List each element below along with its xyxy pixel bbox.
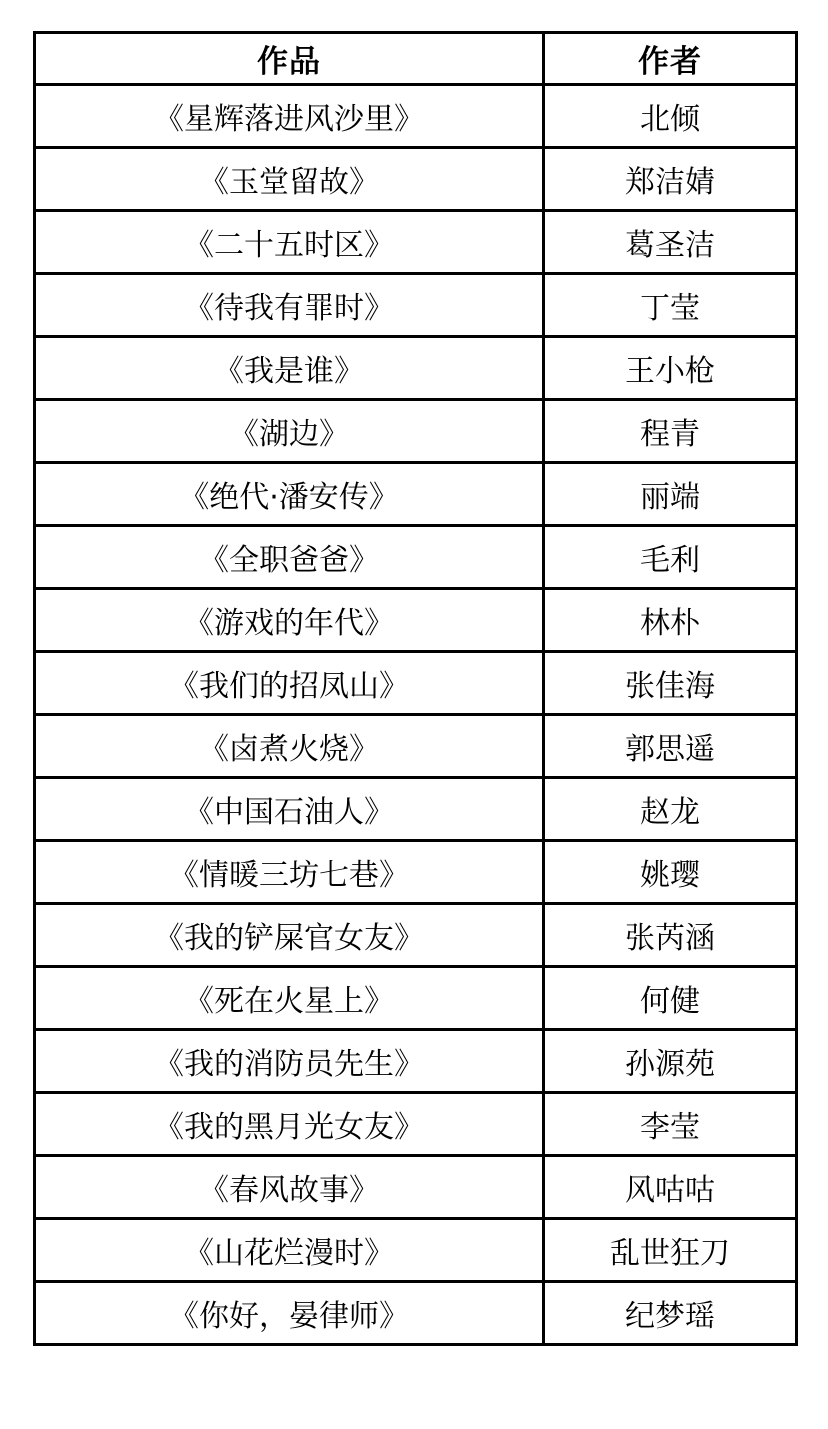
table-row: 《湖边》 程青 (35, 400, 797, 463)
author-cell: 北倾 (544, 85, 797, 148)
table-row: 《卤煮火烧》 郭思遥 (35, 715, 797, 778)
author-cell: 孙源苑 (544, 1030, 797, 1093)
header-row: 作品 作者 (35, 33, 797, 85)
table-row: 《全职爸爸》 毛利 (35, 526, 797, 589)
table-row: 《游戏的年代》 林朴 (35, 589, 797, 652)
work-cell: 《我的消防员先生》 (35, 1030, 544, 1093)
table-row: 《死在火星上》 何健 (35, 967, 797, 1030)
column-header-work: 作品 (35, 33, 544, 85)
table-row: 《二十五时区》 葛圣洁 (35, 211, 797, 274)
author-cell: 李莹 (544, 1093, 797, 1156)
author-cell: 张佳海 (544, 652, 797, 715)
table-row: 《我是谁》 王小枪 (35, 337, 797, 400)
work-cell: 《情暖三坊七巷》 (35, 841, 544, 904)
work-cell: 《我的黑月光女友》 (35, 1093, 544, 1156)
work-cell: 《春风故事》 (35, 1156, 544, 1219)
table-row: 《你好，晏律师》 纪梦瑶 (35, 1282, 797, 1345)
table-row: 《中国石油人》 赵龙 (35, 778, 797, 841)
work-cell: 《中国石油人》 (35, 778, 544, 841)
table-row: 《情暖三坊七巷》 姚璎 (35, 841, 797, 904)
author-cell: 程青 (544, 400, 797, 463)
table-row: 《玉堂留故》 郑洁婧 (35, 148, 797, 211)
column-header-author: 作者 (544, 33, 797, 85)
table-row: 《星辉落进风沙里》 北倾 (35, 85, 797, 148)
work-cell: 《卤煮火烧》 (35, 715, 544, 778)
work-cell: 《星辉落进风沙里》 (35, 85, 544, 148)
table-container: 作品 作者 《星辉落进风沙里》 北倾 《玉堂留故》 郑洁婧 《二十五时区》 葛圣… (33, 31, 798, 1346)
table-row: 《春风故事》 风咕咕 (35, 1156, 797, 1219)
author-cell: 风咕咕 (544, 1156, 797, 1219)
author-cell: 张芮涵 (544, 904, 797, 967)
author-cell: 林朴 (544, 589, 797, 652)
author-cell: 赵龙 (544, 778, 797, 841)
table-header: 作品 作者 (35, 33, 797, 85)
author-cell: 何健 (544, 967, 797, 1030)
work-cell: 《死在火星上》 (35, 967, 544, 1030)
table-row: 《我的铲屎官女友》 张芮涵 (35, 904, 797, 967)
table-row: 《山花烂漫时》 乱世狂刀 (35, 1219, 797, 1282)
work-cell: 《湖边》 (35, 400, 544, 463)
author-cell: 王小枪 (544, 337, 797, 400)
work-cell: 《游戏的年代》 (35, 589, 544, 652)
work-cell: 《我们的招凤山》 (35, 652, 544, 715)
author-cell: 郑洁婧 (544, 148, 797, 211)
table-body: 《星辉落进风沙里》 北倾 《玉堂留故》 郑洁婧 《二十五时区》 葛圣洁 《待我有… (35, 85, 797, 1345)
author-cell: 郭思遥 (544, 715, 797, 778)
work-cell: 《你好，晏律师》 (35, 1282, 544, 1345)
table-row: 《绝代·潘安传》 丽端 (35, 463, 797, 526)
works-authors-table: 作品 作者 《星辉落进风沙里》 北倾 《玉堂留故》 郑洁婧 《二十五时区》 葛圣… (33, 31, 798, 1346)
table-row: 《我的黑月光女友》 李莹 (35, 1093, 797, 1156)
work-cell: 《我是谁》 (35, 337, 544, 400)
author-cell: 葛圣洁 (544, 211, 797, 274)
work-cell: 《绝代·潘安传》 (35, 463, 544, 526)
work-cell: 《山花烂漫时》 (35, 1219, 544, 1282)
work-cell: 《待我有罪时》 (35, 274, 544, 337)
table-row: 《待我有罪时》 丁莹 (35, 274, 797, 337)
table-row: 《我的消防员先生》 孙源苑 (35, 1030, 797, 1093)
work-cell: 《玉堂留故》 (35, 148, 544, 211)
author-cell: 丁莹 (544, 274, 797, 337)
author-cell: 毛利 (544, 526, 797, 589)
author-cell: 纪梦瑶 (544, 1282, 797, 1345)
table-row: 《我们的招凤山》 张佳海 (35, 652, 797, 715)
work-cell: 《我的铲屎官女友》 (35, 904, 544, 967)
work-cell: 《二十五时区》 (35, 211, 544, 274)
author-cell: 姚璎 (544, 841, 797, 904)
author-cell: 丽端 (544, 463, 797, 526)
work-cell: 《全职爸爸》 (35, 526, 544, 589)
author-cell: 乱世狂刀 (544, 1219, 797, 1282)
